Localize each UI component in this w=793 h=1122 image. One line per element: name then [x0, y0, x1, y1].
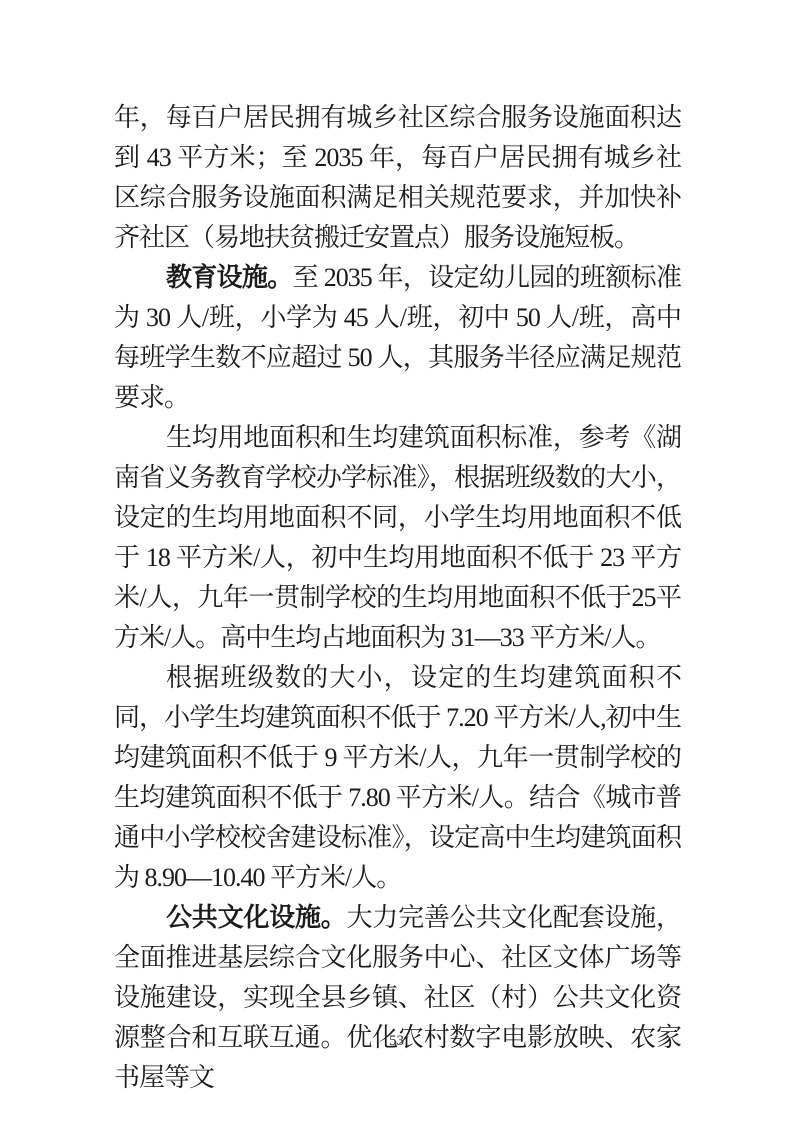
paragraph-text: 年，每百户居民拥有城乡社区综合服务设施面积达到 43 平方米；至 2035 年，…	[114, 103, 681, 252]
paragraph-text: 生均用地面积和生均建筑面积标准，参考《湖南省义务教育学校办学标准》，根据班级数的…	[114, 423, 681, 652]
paragraph-building-area-standard: 根据班级数的大小，设定的生均建筑面积不同，小学生均建筑面积不低于 7.20 平方…	[114, 658, 681, 898]
page-number: 53	[0, 1033, 793, 1050]
paragraph-education-facilities: 教育设施。至 2035 年，设定幼儿园的班额标准为 30 人/班，小学为 45 …	[114, 258, 681, 418]
paragraph-continuation: 年，每百户居民拥有城乡社区综合服务设施面积达到 43 平方米；至 2035 年，…	[114, 98, 681, 258]
paragraph-lead: 教育设施。	[166, 263, 293, 292]
paragraph-land-area-standard: 生均用地面积和生均建筑面积标准，参考《湖南省义务教育学校办学标准》，根据班级数的…	[114, 418, 681, 658]
paragraph-lead: 公共文化设施。	[166, 903, 347, 932]
paragraph-text: 根据班级数的大小，设定的生均建筑面积不同，小学生均建筑面积不低于 7.20 平方…	[114, 663, 681, 892]
paragraph-public-culture-facilities: 公共文化设施。大力完善公共文化配套设施，全面推进基层综合文化服务中心、社区文体广…	[114, 898, 681, 1098]
text-content: 年，每百户居民拥有城乡社区综合服务设施面积达到 43 平方米；至 2035 年，…	[114, 98, 681, 1098]
document-page: 年，每百户居民拥有城乡社区综合服务设施面积达到 43 平方米；至 2035 年，…	[0, 0, 793, 1122]
